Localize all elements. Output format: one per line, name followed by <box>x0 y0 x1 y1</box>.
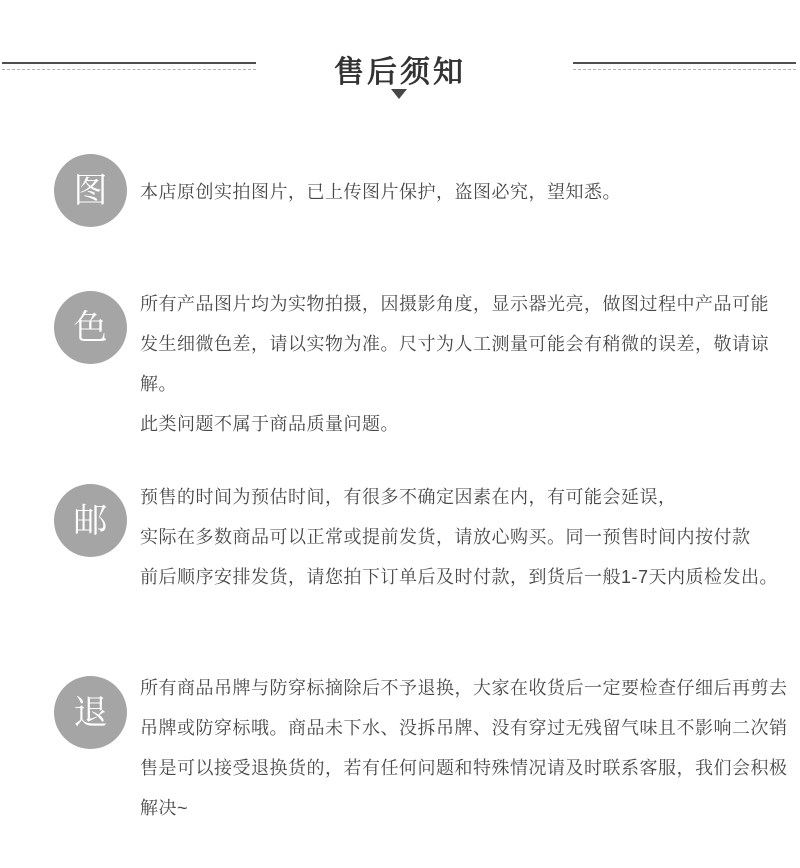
after-sales-notice-page: 售后须知 图 本店原创实拍图片，已上传图片保护，盗图必究，望知悉。 色 所有产品… <box>0 0 800 868</box>
badge-return-icon: 退 <box>54 676 127 749</box>
badge-color-icon: 色 <box>54 291 127 364</box>
text-line: 所有商品吊牌与防穿标摘除后不予退换，大家在收货后一定要检查仔细后再剪去 <box>140 668 790 708</box>
text-line: 所有产品图片均为实物拍摄，因摄影角度，显示器光亮，做图过程中产品可能 <box>140 284 790 324</box>
notice-section-images: 本店原创实拍图片，已上传图片保护，盗图必究，望知悉。 <box>140 172 790 212</box>
text-line: 前后顺序安排发货，请您拍下订单后及时付款，到货后一般1-7天内质检发出。 <box>140 557 790 597</box>
text-line: 吊牌或防穿标哦。商品未下水、没拆吊牌、没有穿过无残留气味且不影响二次销 <box>140 708 790 748</box>
text-line: 实际在多数商品可以正常或提前发货，请放心购买。同一预售时间内按付款 <box>140 517 790 557</box>
notice-section-shipping: 预售的时间为预估时间，有很多不确定因素在内，有可能会延误， 实际在多数商品可以正… <box>140 477 790 597</box>
text-line: 预售的时间为预估时间，有很多不确定因素在内，有可能会延误， <box>140 477 790 517</box>
text-line: 售是可以接受退换货的，若有任何问题和特殊情况请及时联系客服，我们会积极 <box>140 748 790 788</box>
notice-section-color: 所有产品图片均为实物拍摄，因摄影角度，显示器光亮，做图过程中产品可能 发生细微色… <box>140 284 790 444</box>
text-line: 发生细微色差，请以实物为准。尺寸为人工测量可能会有稍微的误差，敬请谅解。 <box>140 324 790 404</box>
header-divider-right <box>573 62 796 70</box>
text-line: 解决~ <box>140 788 790 828</box>
down-triangle-icon <box>391 89 407 99</box>
text-line: 本店原创实拍图片，已上传图片保护，盗图必究，望知悉。 <box>140 172 790 212</box>
notice-section-returns: 所有商品吊牌与防穿标摘除后不予退换，大家在收货后一定要检查仔细后再剪去 吊牌或防… <box>140 668 790 828</box>
text-line: 此类问题不属于商品质量问题。 <box>140 404 790 444</box>
badge-shipping-icon: 邮 <box>54 484 127 557</box>
badge-images-icon: 图 <box>54 154 127 227</box>
